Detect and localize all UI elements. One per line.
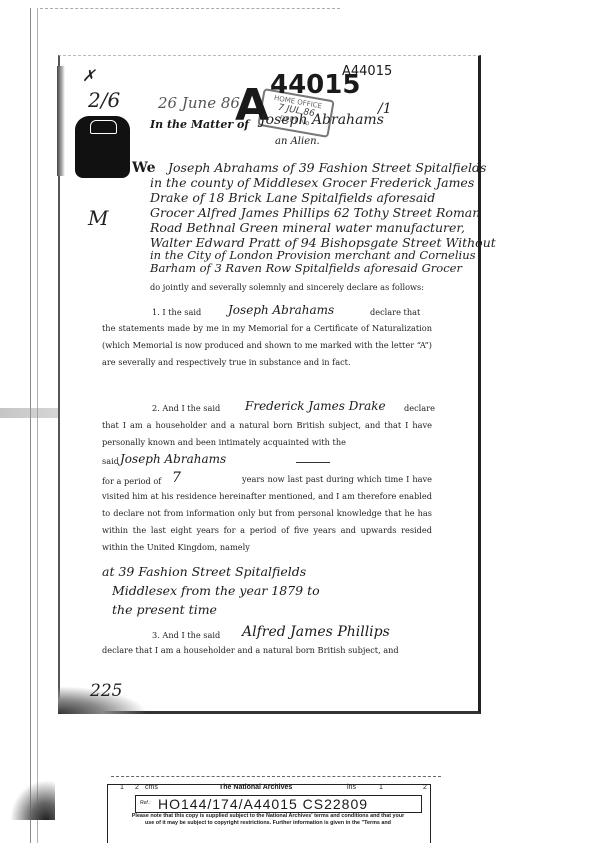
- paragraph-lead: I the said: [162, 307, 201, 317]
- corner-mark: ✗: [82, 66, 95, 85]
- residence-line: at 39 Fashion Street Spitalfields: [102, 564, 306, 579]
- scale-tick-label: 2: [135, 784, 139, 791]
- declarants-we: We: [132, 160, 156, 176]
- reference-value: HO144/174/A44015 CS22809: [158, 796, 368, 812]
- alien-name: Joseph Abrahams: [260, 112, 384, 128]
- declarants-line: Road Bethnal Green mineral water manufac…: [150, 222, 465, 235]
- scan-edge-dash: [40, 8, 340, 10]
- terms-notice: Please note that this copy is supplied s…: [102, 813, 434, 828]
- reference-number-small: A44015: [342, 64, 392, 79]
- binding-line: [30, 8, 31, 843]
- received-date: 26 June 86: [158, 94, 240, 112]
- crown-icon: [90, 120, 117, 134]
- declaration-intro: do jointly and severally solemnly and si…: [150, 282, 424, 292]
- scale-header: 1 2 cms The National Archives ins 1 2: [107, 784, 429, 795]
- paragraph-lead: And I the said: [162, 630, 220, 640]
- revenue-stamp: [75, 116, 130, 178]
- paragraph-number: 1.: [152, 307, 160, 317]
- declarants-line: Grocer Alfred James Phillips 62 Tothy St…: [150, 207, 480, 220]
- paragraph-2-body1: that I am a householder and a natural bo…: [102, 417, 432, 451]
- paragraph-1-lead: 1. I the said: [152, 307, 201, 317]
- margin-mark: M: [88, 206, 108, 230]
- paragraph-3-body: declare that I am a householder and a na…: [102, 645, 399, 655]
- paragraph-3-lead: 3. And I the said: [152, 630, 220, 640]
- national-archives-strip: 1 2 cms The National Archives ins 1 2 Re…: [107, 784, 437, 843]
- scale-tick-label: 2: [423, 784, 427, 791]
- notice-line: Please note that this copy is supplied s…: [102, 813, 434, 820]
- paragraph-2-body2: years now last past during which time I …: [102, 471, 432, 556]
- declarants-line: in the City of London Provision merchant…: [150, 250, 476, 262]
- paragraph-1-body: the statements made by me in my Memorial…: [102, 320, 432, 371]
- page-number: 225: [90, 681, 122, 701]
- title-suffix: an Alien.: [275, 136, 320, 147]
- declarants-line: in the county of Middlesex Grocer Freder…: [150, 177, 474, 190]
- fee-annotation: 2/6: [88, 88, 120, 112]
- scan-ink-blot: [10, 780, 55, 820]
- scale-unit-label: cms: [145, 784, 158, 791]
- said-name: Joseph Abrahams: [120, 452, 226, 466]
- paragraph-3-name: Alfred James Phillips: [242, 624, 390, 640]
- paragraph-number: 3.: [152, 630, 160, 640]
- declaration-page: ✗ 2/6 26 June 86 HOME OFFICE 7 JUL 86 DE…: [58, 55, 481, 714]
- page-shadow: [57, 66, 65, 176]
- paragraph-number: 2.: [152, 403, 160, 413]
- paragraph-lead: And I the said: [162, 403, 220, 413]
- residence-line: the present time: [112, 602, 217, 617]
- declarants-line: Barham of 3 Raven Row Spitalfields afore…: [150, 263, 462, 275]
- reference-label: Ref.:: [140, 800, 151, 806]
- strip-edge: [111, 776, 441, 778]
- scale-tick-label: 1: [120, 784, 124, 791]
- paragraph-2-after-name: declare: [404, 403, 435, 413]
- scale-tick-label: 1: [379, 784, 383, 791]
- binding-line-secondary: [37, 8, 38, 843]
- paragraph-2-lead: 2. And I the said: [152, 403, 220, 413]
- declarants-line: Joseph Abrahams of 39 Fashion Street Spi…: [168, 162, 486, 175]
- residence-line: Middlesex from the year 1879 to: [112, 583, 320, 598]
- paragraph-2-name: Frederick James Drake: [245, 399, 386, 413]
- blank-line: [296, 462, 330, 463]
- paragraph-1-after-name: declare that: [370, 307, 420, 317]
- paragraph-1-name: Joseph Abrahams: [228, 303, 334, 317]
- archive-institution: The National Archives: [219, 784, 292, 791]
- title-prefix: In the Matter of: [150, 118, 249, 131]
- notice-line: use of it may be subject to copyright re…: [102, 820, 434, 827]
- declarants-line: Drake of 18 Brick Lane Spitalfields afor…: [150, 192, 435, 205]
- scale-unit-label: ins: [347, 784, 356, 791]
- said-label: said: [102, 456, 119, 466]
- reference-box: Ref.: HO144/174/A44015 CS22809: [135, 795, 422, 813]
